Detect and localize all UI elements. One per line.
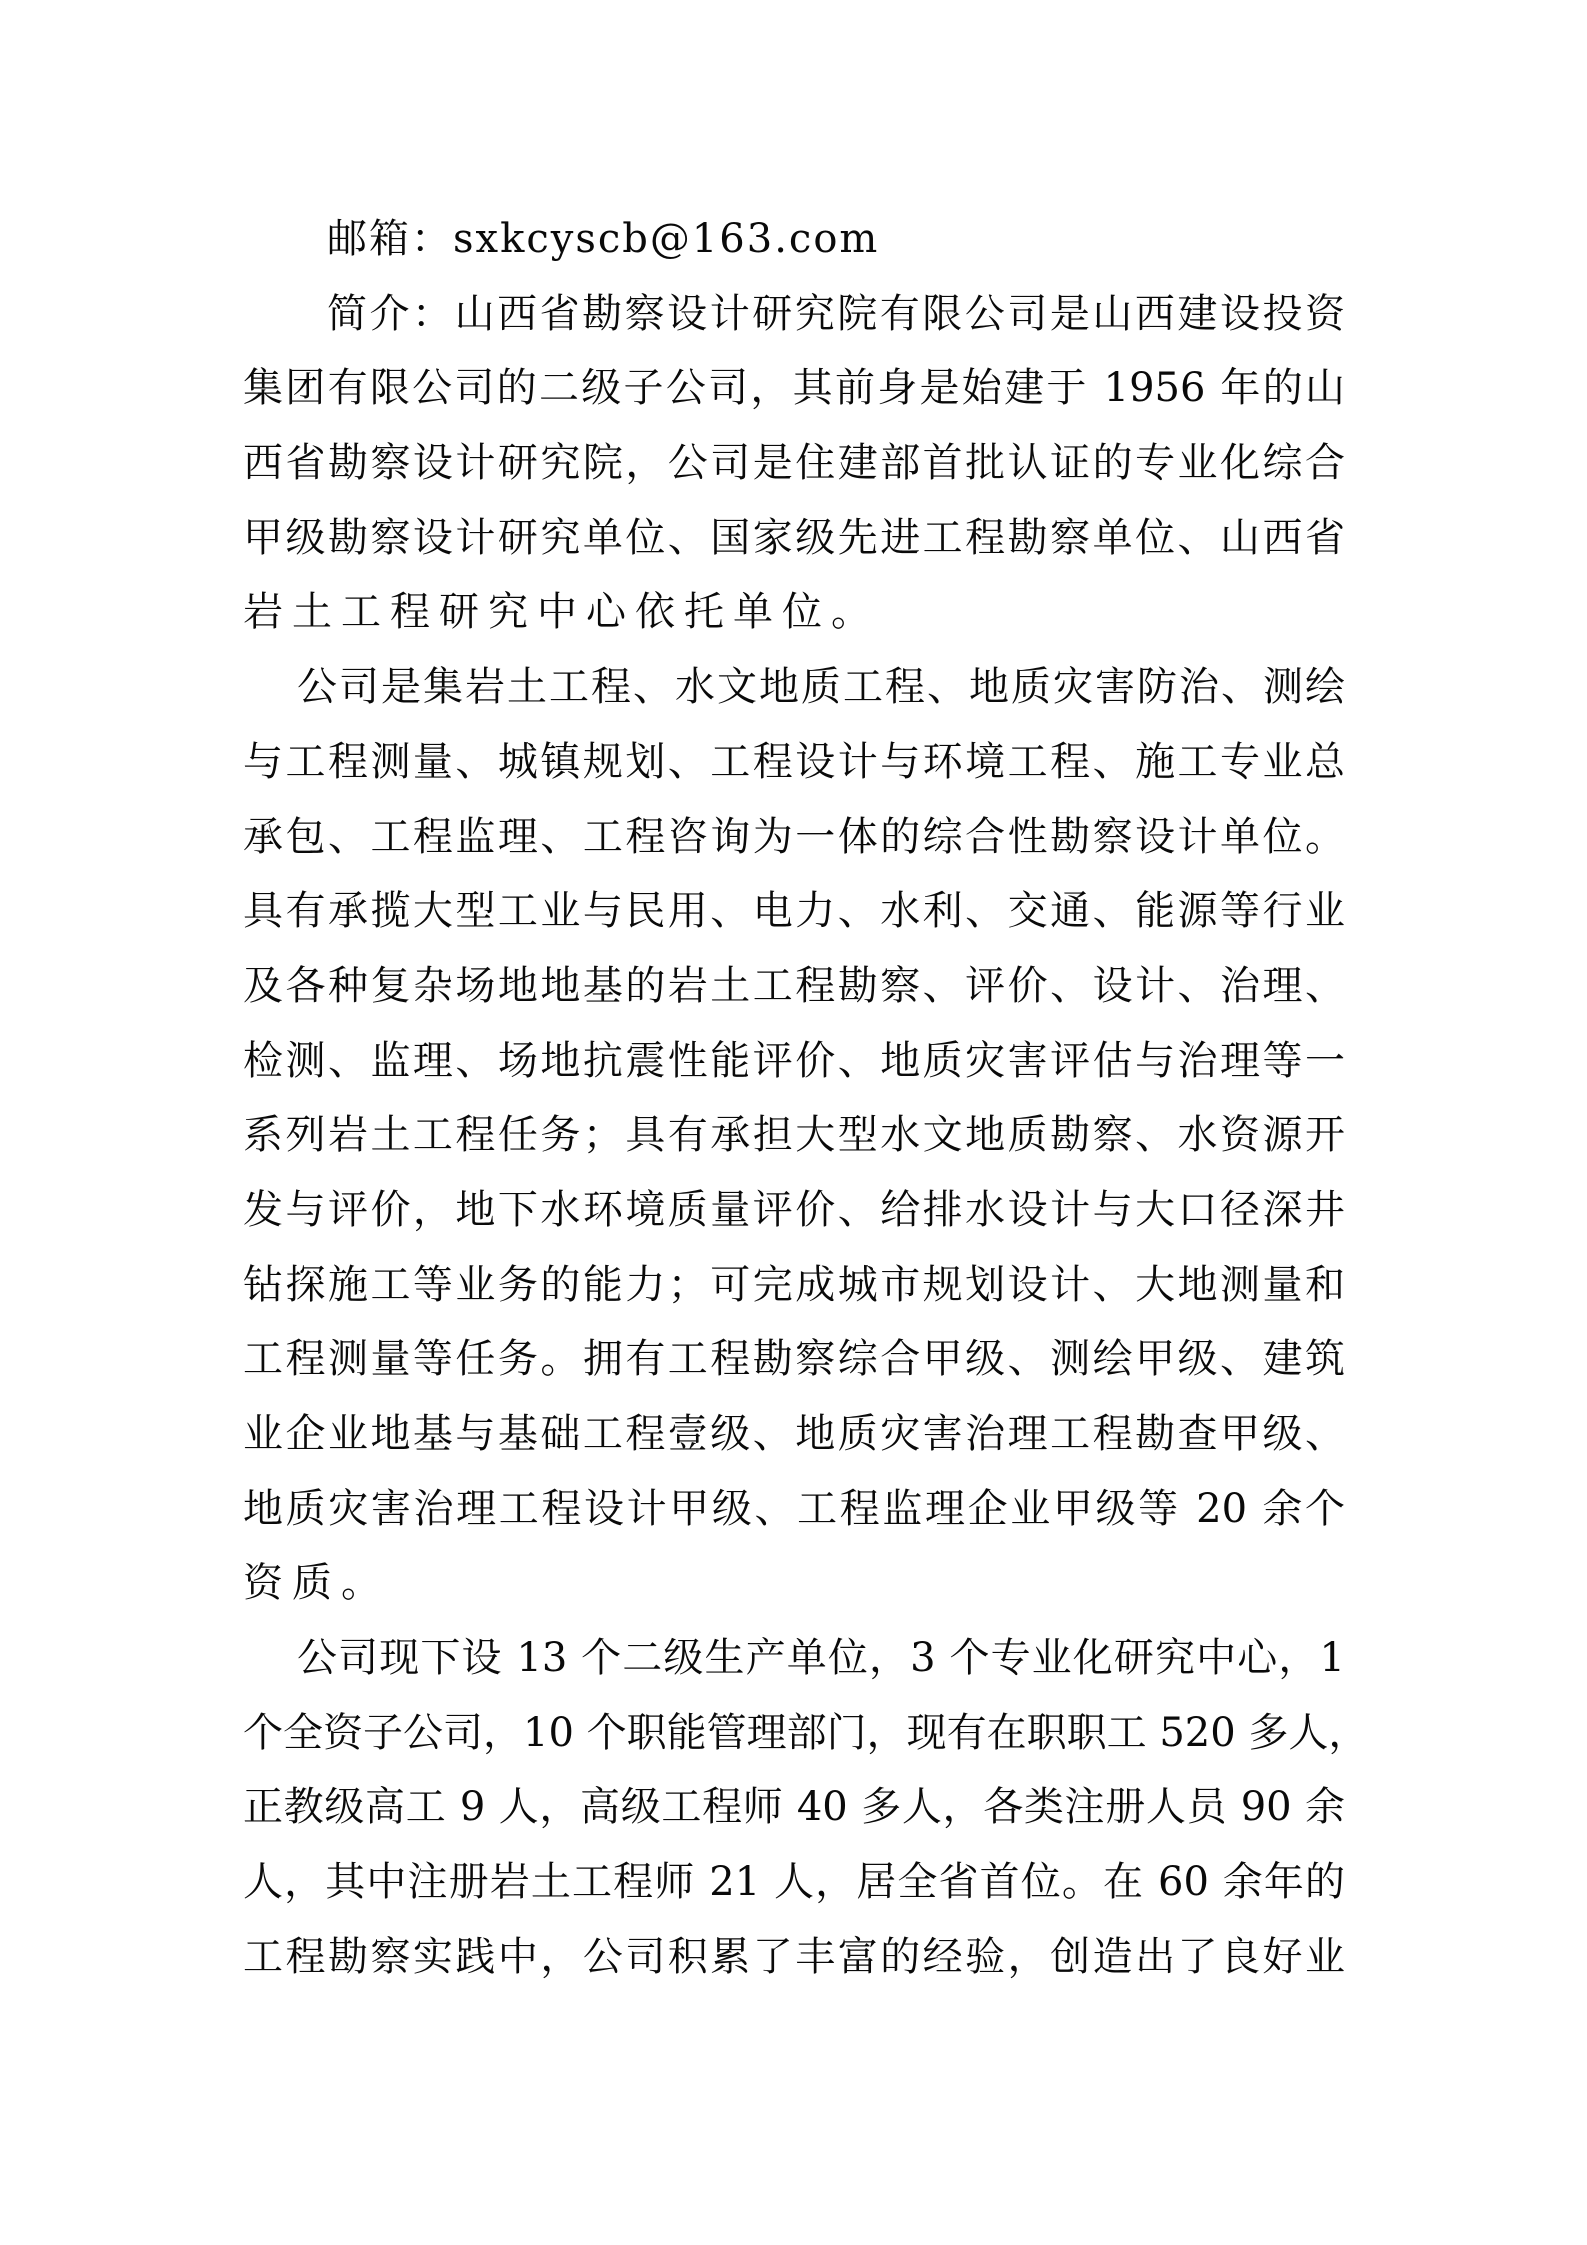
text-line: 工程测量等任务。拥有工程勘察综合甲级、测绘甲级、建筑: [243, 1322, 1345, 1397]
text-line: 地质灾害治理工程设计甲级、工程监理企业甲级等 20 余个: [243, 1472, 1345, 1547]
text-line: 系列岩土工程任务；具有承担大型水文地质勘察、水资源开: [243, 1098, 1345, 1173]
text-line: 公司是集岩土工程、水文地质工程、地质灾害防治、测绘: [243, 650, 1345, 725]
text-line: 与工程测量、城镇规划、工程设计与环境工程、施工专业总: [243, 725, 1345, 800]
paragraph-email: 邮箱：sxkcyscb@163.com: [243, 202, 1345, 277]
text-line: 检测、监理、场地抗震性能评价、地质灾害评估与治理等一: [243, 1024, 1345, 1099]
text-line: 具有承揽大型工业与民用、电力、水利、交通、能源等行业: [243, 874, 1345, 949]
text-line: 公司现下设 13 个二级生产单位，3 个专业化研究中心，1: [243, 1621, 1345, 1696]
text-line: 业企业地基与基础工程壹级、地质灾害治理工程勘查甲级、: [243, 1397, 1345, 1472]
text-line: 钻探施工等业务的能力；可完成城市规划设计、大地测量和: [243, 1248, 1345, 1323]
text-line: 岩土工程研究中心依托单位。: [243, 575, 1345, 650]
text-line: 发与评价，地下水环境质量评价、给排水设计与大口径深井: [243, 1173, 1345, 1248]
text-line: 集团有限公司的二级子公司，其前身是始建于 1956 年的山: [243, 351, 1345, 426]
text-line: 正教级高工 9 人，高级工程师 40 多人，各类注册人员 90 余: [243, 1770, 1345, 1845]
text-line: 西省勘察设计研究院，公司是住建部首批认证的专业化综合: [243, 426, 1345, 501]
paragraph-organization: 公司现下设 13 个二级生产单位，3 个专业化研究中心，1 个全资子公司，10 …: [243, 1621, 1345, 1994]
text-line: 承包、工程监理、工程咨询为一体的综合性勘察设计单位。: [243, 800, 1345, 875]
text-line: 工程勘察实践中，公司积累了丰富的经验，创造出了良好业: [243, 1920, 1345, 1995]
paragraph-intro: 简介：山西省勘察设计研究院有限公司是山西建设投资 集团有限公司的二级子公司，其前…: [243, 277, 1345, 650]
paragraph-business-scope: 公司是集岩土工程、水文地质工程、地质灾害防治、测绘 与工程测量、城镇规划、工程设…: [243, 650, 1345, 1621]
text-line: 及各种复杂场地地基的岩土工程勘察、评价、设计、治理、: [243, 949, 1345, 1024]
text-line: 简介：山西省勘察设计研究院有限公司是山西建设投资: [243, 277, 1345, 352]
text-line: 资质。: [243, 1546, 1345, 1621]
text-line: 个全资子公司，10 个职能管理部门，现有在职职工 520 多人，: [243, 1696, 1345, 1771]
text-line: 甲级勘察设计研究单位、国家级先进工程勘察单位、山西省: [243, 501, 1345, 576]
document-page: 邮箱：sxkcyscb@163.com 简介：山西省勘察设计研究院有限公司是山西…: [243, 202, 1345, 1995]
text-line: 人，其中注册岩土工程师 21 人，居全省首位。在 60 余年的: [243, 1845, 1345, 1920]
email-line: 邮箱：sxkcyscb@163.com: [243, 202, 1345, 277]
